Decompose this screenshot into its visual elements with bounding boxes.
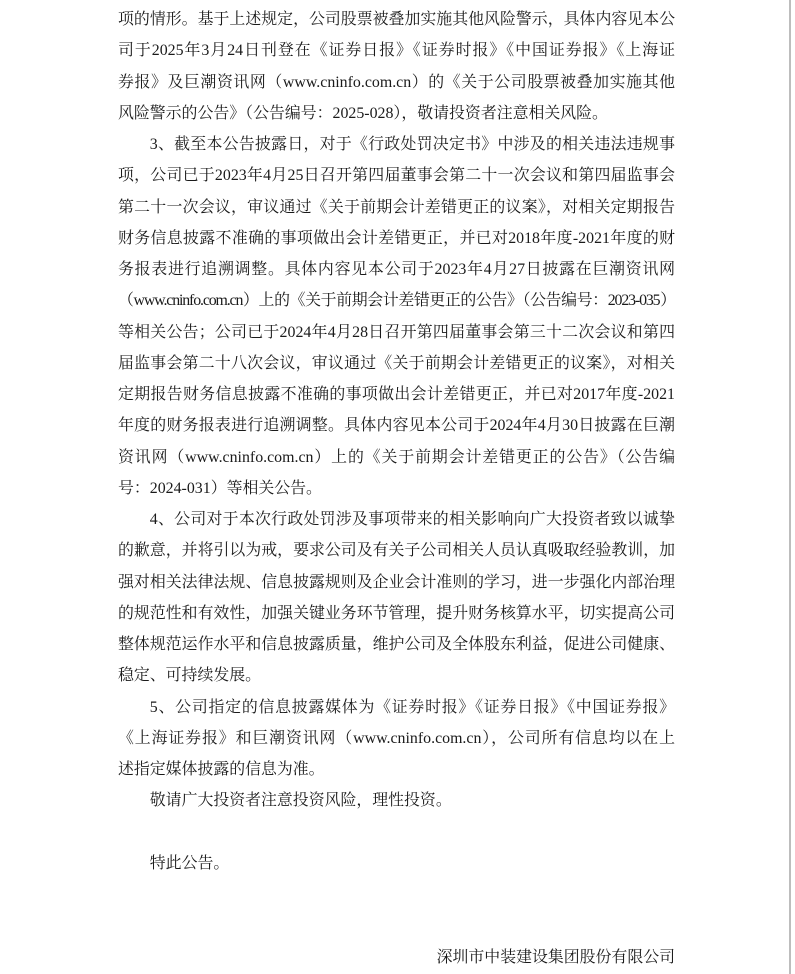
text-line: 4、公司对于本次行政处罚涉及事项带来的相关影响向广大投资者致以诚挚	[118, 504, 675, 535]
announcement-page: 项的情形。基于上述规定，公司股票被叠加实施其他风险警示，具体内容见本公司于202…	[0, 0, 795, 974]
text-line: 务报表进行追溯调整。具体内容见本公司于2023年4月27日披露在巨潮资讯网	[118, 254, 675, 285]
text-line: 项的情形。基于上述规定，公司股票被叠加实施其他风险警示，具体内容见本公	[118, 4, 675, 35]
text-line: 届监事会第二十八次会议，审议通过《关于前期会计差错更正的议案》，对相关	[118, 348, 675, 379]
text-line: 3、截至本公告披露日，对于《行政处罚决定书》中涉及的相关违法违规事	[118, 129, 675, 160]
text-line: 稳定、可持续发展。	[118, 660, 675, 691]
text-line: 整体规范运作水平和信息披露质量，维护公司及全体股东利益，促进公司健康、	[118, 629, 675, 660]
text-line: 敬请广大投资者注意投资风险，理性投资。	[118, 785, 675, 816]
text-line: 特此公告。	[118, 848, 675, 879]
page-edge-line	[789, 0, 791, 974]
text-line: 号：2024-031）等相关公告。	[118, 473, 675, 504]
text-line: 司于2025年3月24日刊登在《证券日报》《证券时报》《中国证券报》《上海证	[118, 35, 675, 66]
text-line: 风险警示的公告》（公告编号：2025-028），敬请投资者注意相关风险。	[118, 98, 675, 129]
document-body: 项的情形。基于上述规定，公司股票被叠加实施其他风险警示，具体内容见本公司于202…	[118, 4, 675, 973]
text-line: 资讯网（www.cninfo.com.cn）上的《关于前期会计差错更正的公告》（…	[118, 442, 675, 473]
company-signature: 深圳市中装建设集团股份有限公司	[118, 942, 675, 973]
text-line: 等相关公告；公司已于2024年4月28日召开第四届董事会第三十二次会议和第四	[118, 317, 675, 348]
text-line: 5、公司指定的信息披露媒体为《证券时报》《证券日报》《中国证券报》	[118, 692, 675, 723]
text-line: 项，公司已于2023年4月25日召开第四届董事会第二十一次会议和第四届监事会	[118, 160, 675, 191]
text-line: 《上海证券报》和巨潮资讯网（www.cninfo.com.cn），公司所有信息均…	[118, 723, 675, 754]
text-line: 述指定媒体披露的信息为准。	[118, 754, 675, 785]
text-line: 的规范性和有效性，加强关键业务环节管理，提升财务核算水平，切实提高公司	[118, 598, 675, 629]
text-line: 强对相关法律法规、信息披露规则及企业会计准则的学习，进一步强化内部治理	[118, 567, 675, 598]
text-line: 定期报告财务信息披露不准确的事项做出会计差错更正，并已对2017年度-2021	[118, 379, 675, 410]
text-line: 券报》及巨潮资讯网（www.cninfo.com.cn）的《关于公司股票被叠加实…	[118, 67, 675, 98]
text-line: 第二十一次会议，审议通过《关于前期会计差错更正的议案》，对相关定期报告	[118, 192, 675, 223]
text-line: （www.cninfo.com.cn）上的《关于前期会计差错更正的公告》（公告编…	[118, 285, 675, 316]
text-line: 财务信息披露不准确的事项做出会计差错更正，并已对2018年度-2021年度的财	[118, 223, 675, 254]
text-line: 年度的财务报表进行追溯调整。具体内容见本公司于2024年4月30日披露在巨潮	[118, 410, 675, 441]
text-line: 的歉意，并将引以为戒，要求公司及有关子公司相关人员认真吸取经验教训，加	[118, 535, 675, 566]
